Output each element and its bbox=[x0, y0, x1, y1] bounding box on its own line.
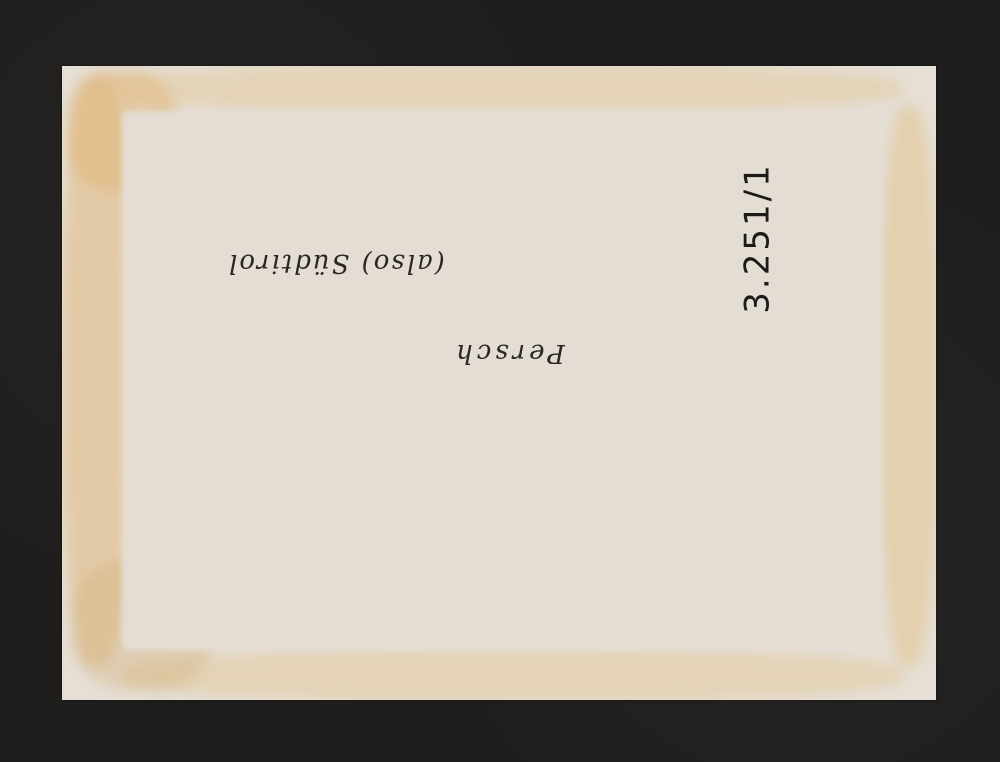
archive-number: 3.251/1 bbox=[738, 162, 778, 313]
region-note: (also) Südtirol bbox=[227, 248, 445, 278]
stain-bottom-edge bbox=[122, 650, 902, 700]
document-card: 3.251/1 (also) Südtirol Persch bbox=[62, 66, 936, 700]
stain-top-edge bbox=[102, 66, 902, 111]
stain-right-edge bbox=[881, 106, 936, 666]
name-note: Persch bbox=[452, 338, 565, 368]
